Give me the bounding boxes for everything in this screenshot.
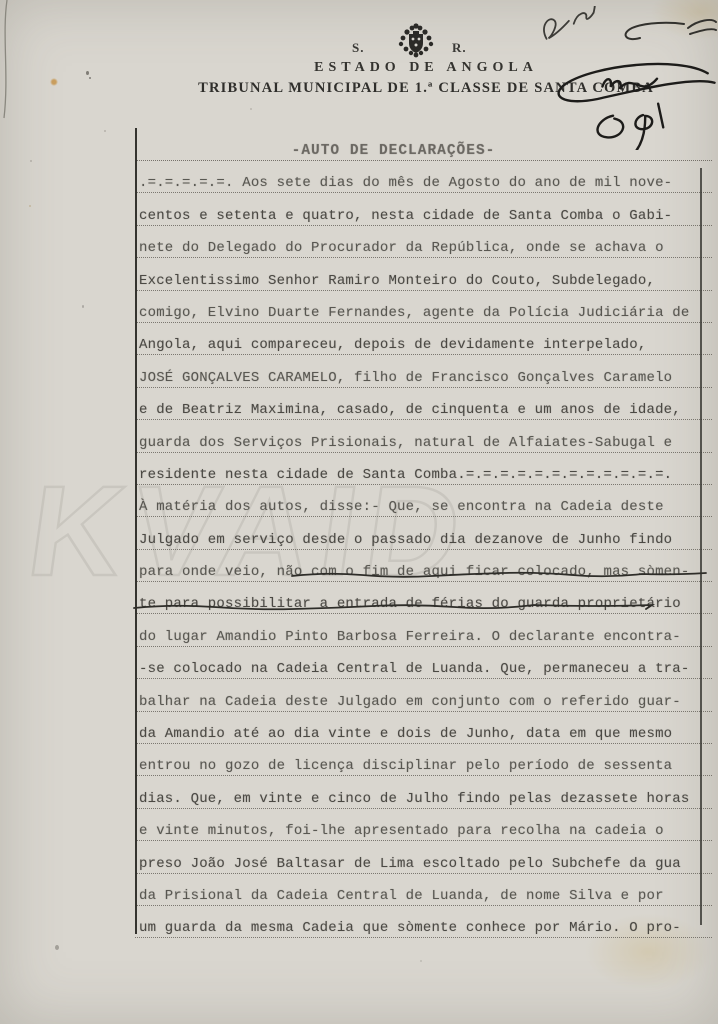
typed-line: da Amandio até ao dia vinte e dois de Ju… bbox=[135, 712, 712, 744]
typed-line-text: e vinte minutos, foi-lhe apresentado par… bbox=[135, 823, 664, 840]
typed-line: Julgado em serviço desde o passado dia d… bbox=[135, 517, 712, 549]
typed-line: Angola, aqui compareceu, depois de devid… bbox=[135, 323, 712, 355]
typed-line: .=.=.=.=.=. Aos sete dias do mês de Agos… bbox=[135, 161, 712, 193]
typed-line-text: nete do Delegado do Procurador da Repúbl… bbox=[135, 240, 664, 257]
typed-line: guarda dos Serviços Prisionais, natural … bbox=[135, 420, 712, 452]
typed-line: dias. Que, em vinte e cinco de Julho fin… bbox=[135, 776, 712, 808]
typed-line-text: guarda dos Serviços Prisionais, natural … bbox=[135, 435, 672, 452]
typed-line-text: para onde veio, não com o fim de aqui fi… bbox=[135, 564, 690, 581]
header-initial-r: R. bbox=[452, 40, 467, 56]
typed-line-text: Excelentissimo Senhor Ramiro Monteiro do… bbox=[135, 273, 655, 290]
dust-speck bbox=[82, 305, 84, 308]
typed-line: centos e setenta e quatro, nesta cidade … bbox=[135, 193, 712, 225]
header-initial-s: S. bbox=[352, 40, 364, 56]
typed-line: -se colocado na Cadeia Central de Luanda… bbox=[135, 647, 712, 679]
typed-line-text: dias. Que, em vinte e cinco de Julho fin… bbox=[135, 791, 690, 808]
typed-line: JOSÉ GONÇALVES CARAMELO, filho de Franci… bbox=[135, 355, 712, 387]
typed-line-text: centos e setenta e quatro, nesta cidade … bbox=[135, 208, 672, 225]
typed-line: entrou no gozo de licença disciplinar pe… bbox=[135, 744, 712, 776]
typed-line: do lugar Amandio Pinto Barbosa Ferreira.… bbox=[135, 614, 712, 646]
dust-speck bbox=[30, 160, 32, 162]
pencil-mark bbox=[55, 945, 59, 950]
typed-line: te para possibilitar a entrada de férias… bbox=[135, 582, 712, 614]
dust-speck bbox=[420, 960, 422, 962]
corner-mark-annotation bbox=[612, 16, 718, 50]
page-edge-line bbox=[0, 0, 20, 130]
typed-line-text: te para possibilitar a entrada de férias… bbox=[135, 596, 681, 613]
typed-line-text: entrou no gozo de licença disciplinar pe… bbox=[135, 758, 672, 775]
document-body-lines: .=.=.=.=.=. Aos sete dias do mês de Agos… bbox=[135, 161, 712, 938]
typed-line-text: e de Beatriz Maximina, casado, de cinque… bbox=[135, 402, 681, 419]
typed-line: para onde veio, não com o fim de aqui fi… bbox=[135, 550, 712, 582]
typed-line: balhar na Cadeia deste Julgado em conjun… bbox=[135, 679, 712, 711]
typed-line: comigo, Elvino Duarte Fernandes, agente … bbox=[135, 291, 712, 323]
typed-line-text: Angola, aqui compareceu, depois de devid… bbox=[135, 337, 646, 354]
typed-line-text: comigo, Elvino Duarte Fernandes, agente … bbox=[135, 305, 690, 322]
typed-line-text: preso João José Baltasar de Lima escolta… bbox=[135, 856, 681, 873]
header-court-line: TRIBUNAL MUNICIPAL DE 1.ª CLASSE DE SANT… bbox=[140, 80, 712, 97]
typed-line: e de Beatriz Maximina, casado, de cinque… bbox=[135, 388, 712, 420]
dust-speck bbox=[104, 130, 106, 132]
typed-line-text: da Prisional da Cadeia Central de Luanda… bbox=[135, 888, 664, 905]
typed-line: e vinte minutos, foi-lhe apresentado par… bbox=[135, 809, 712, 841]
scanned-document-page: KVAID S. R. ESTADO DE ANGOLA TRIBUNAL MU… bbox=[0, 0, 718, 1024]
typed-line: Excelentissimo Senhor Ramiro Monteiro do… bbox=[135, 258, 712, 290]
typed-line-text: balhar na Cadeia deste Julgado em conjun… bbox=[135, 694, 681, 711]
header-state-line: ESTADO DE ANGOLA bbox=[140, 60, 712, 76]
document-body: -AUTO DE DECLARAÇÕES- .=.=.=.=.=. Aos se… bbox=[135, 120, 712, 938]
typed-line-text: do lugar Amandio Pinto Barbosa Ferreira.… bbox=[135, 629, 681, 646]
dust-speck bbox=[660, 470, 662, 472]
typed-line-text: .=.=.=.=.=. Aos sete dias do mês de Agos… bbox=[135, 175, 672, 192]
right-margin-rule bbox=[700, 168, 702, 925]
typed-line-text: residente nesta cidade de Santa Comba.=.… bbox=[135, 467, 672, 484]
typed-line: À matéria dos autos, disse:- Que, se enc… bbox=[135, 485, 712, 517]
typed-line: um guarda da mesma Cadeia que sòmente co… bbox=[135, 906, 712, 938]
document-title-line: -AUTO DE DECLARAÇÕES- bbox=[135, 120, 712, 161]
typed-line-text: da Amandio até ao dia vinte e dois de Ju… bbox=[135, 726, 672, 743]
typed-line-text: À matéria dos autos, disse:- Que, se enc… bbox=[135, 499, 664, 516]
dust-speck bbox=[250, 108, 252, 110]
dust-speck bbox=[29, 205, 31, 207]
typed-line-text: um guarda da mesma Cadeia que sòmente co… bbox=[135, 920, 681, 937]
document-title: -AUTO DE DECLARAÇÕES- bbox=[292, 143, 496, 160]
typed-line: residente nesta cidade de Santa Comba.=.… bbox=[135, 453, 712, 485]
left-margin-rule bbox=[135, 128, 137, 934]
typed-line: preso João José Baltasar de Lima escolta… bbox=[135, 841, 712, 873]
typed-line-text: Julgado em serviço desde o passado dia d… bbox=[135, 532, 672, 549]
typed-line: nete do Delegado do Procurador da Repúbl… bbox=[135, 226, 712, 258]
typed-line-text: JOSÉ GONÇALVES CARAMELO, filho de Franci… bbox=[135, 370, 672, 387]
pencil-note-annotation bbox=[538, 6, 608, 44]
typed-line: da Prisional da Cadeia Central de Luanda… bbox=[135, 874, 712, 906]
typed-line-text: -se colocado na Cadeia Central de Luanda… bbox=[135, 661, 690, 678]
dust-speck bbox=[89, 77, 91, 79]
dust-speck bbox=[86, 71, 89, 75]
